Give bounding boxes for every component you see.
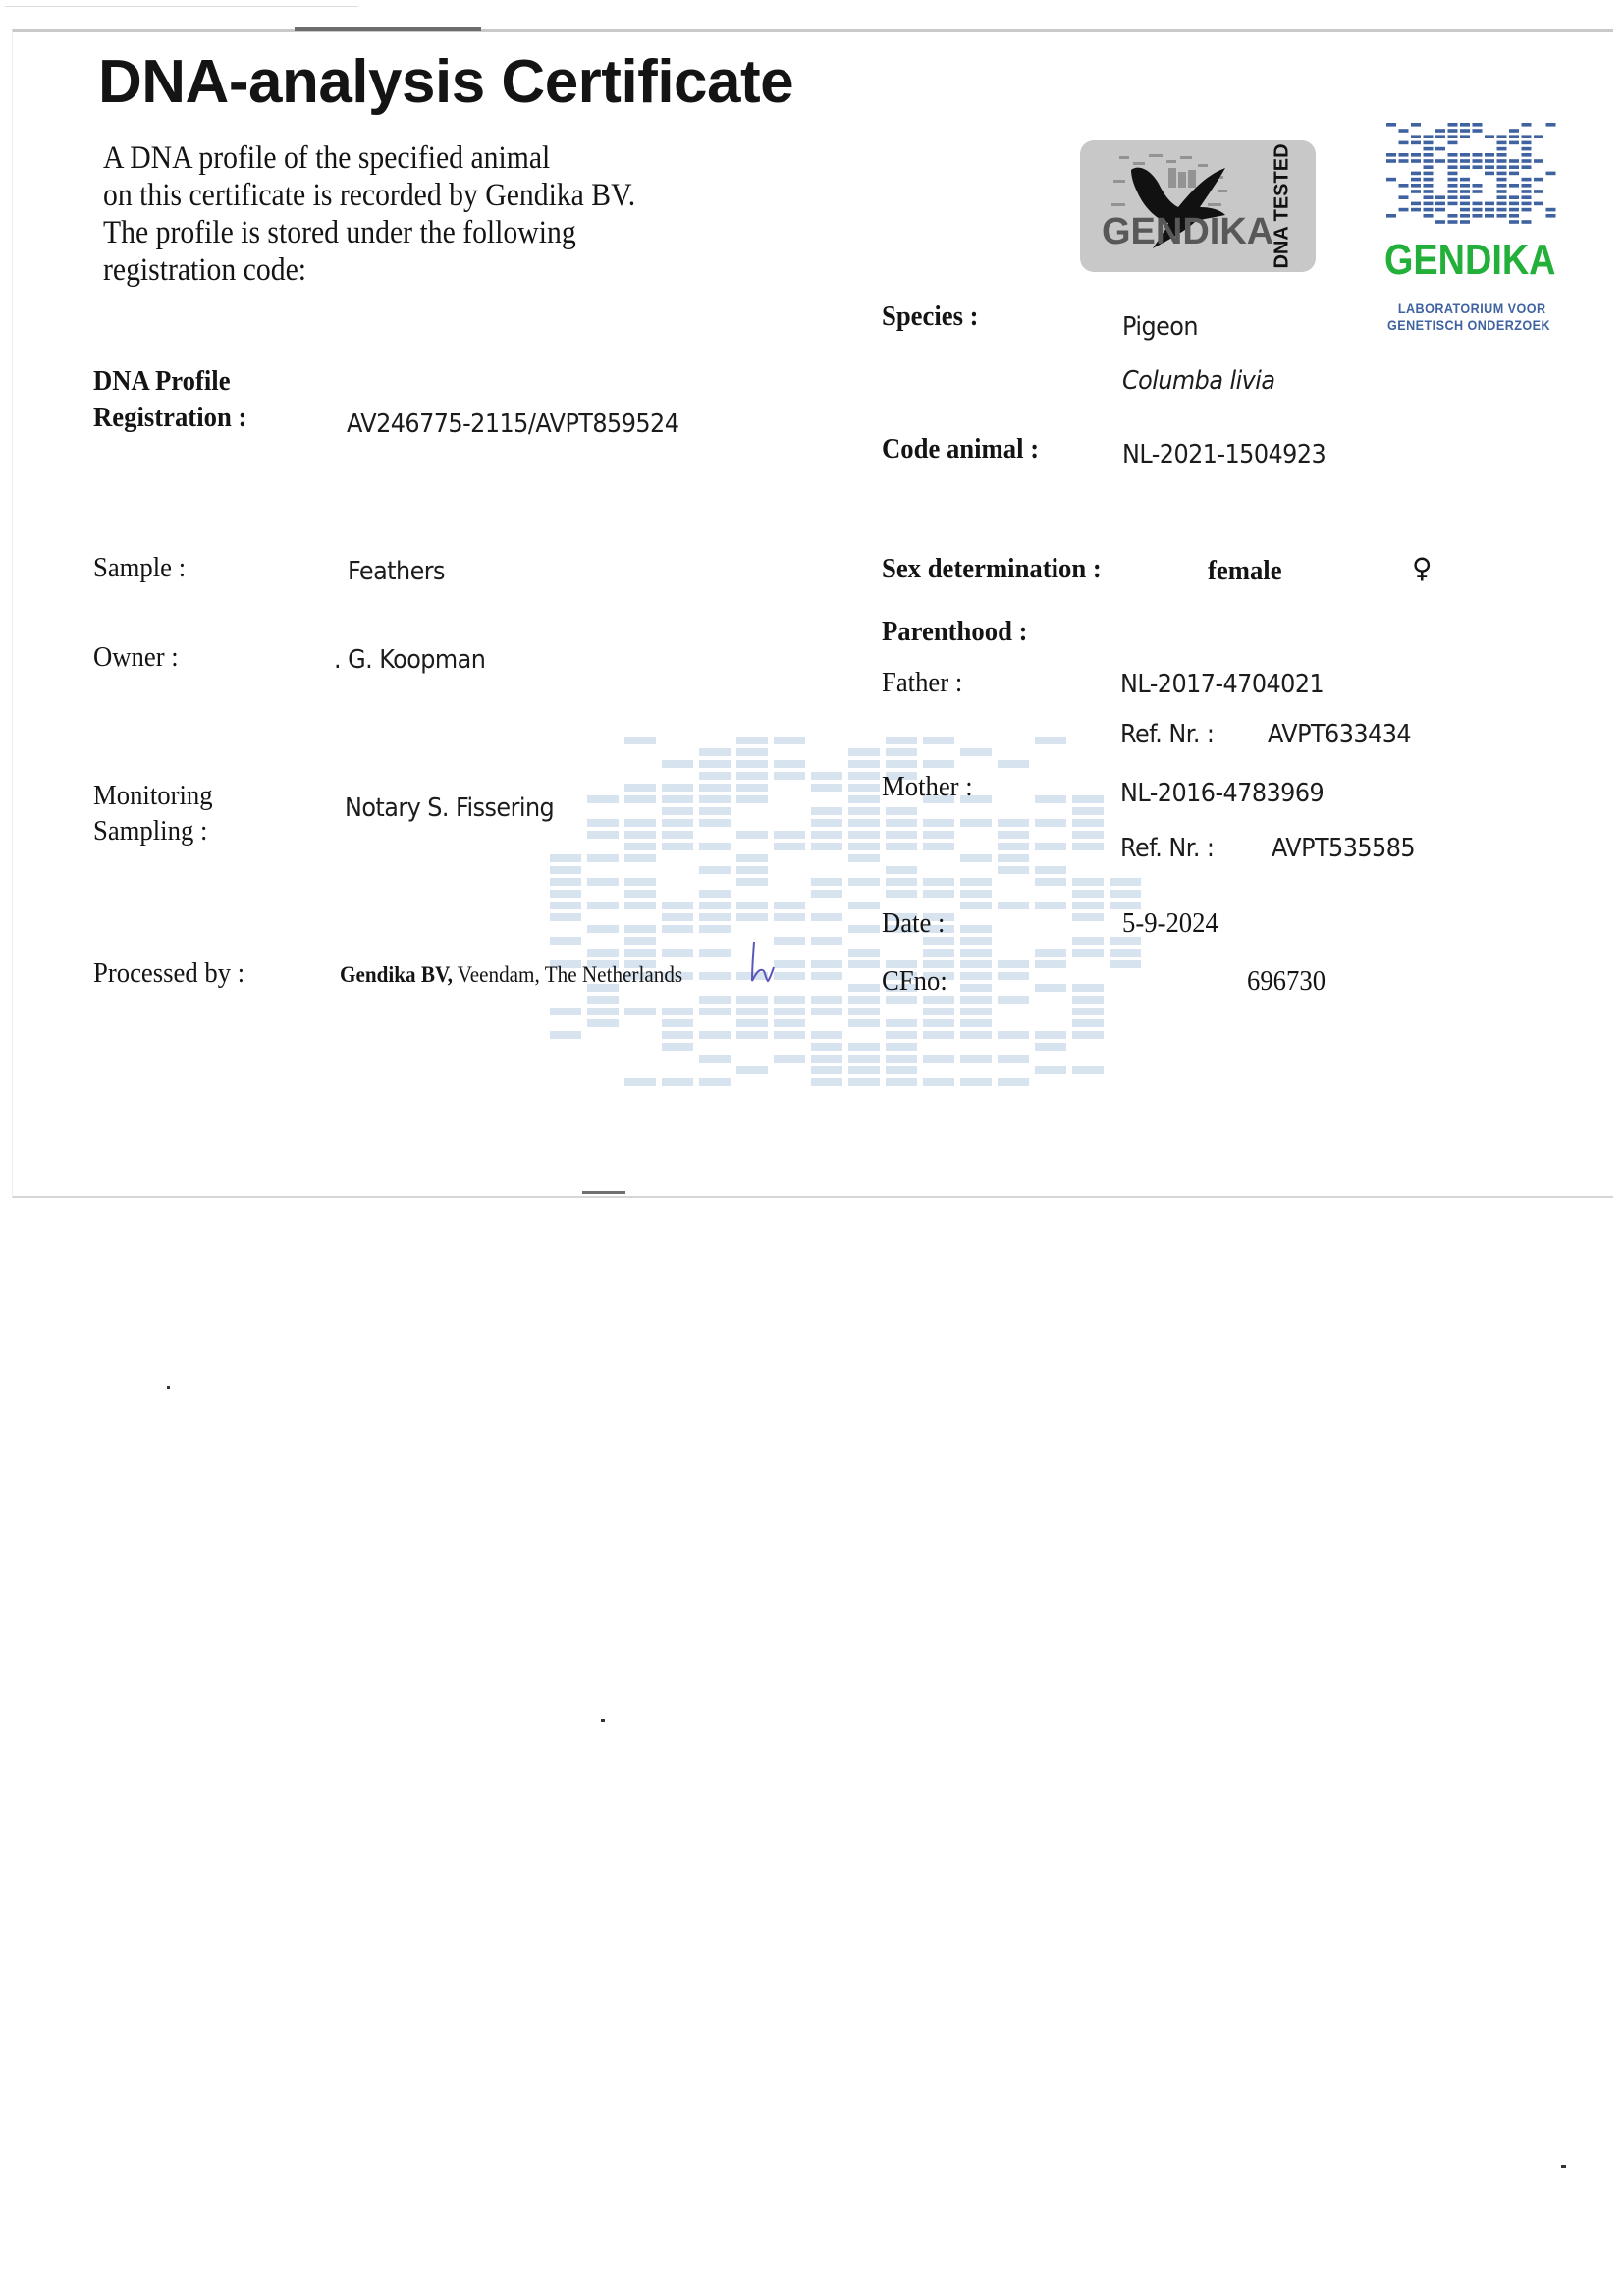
species-common-value: Pigeon [1122, 312, 1198, 342]
owner-label: Owner : [93, 641, 179, 674]
intro-line: A DNA profile of the specified animal [103, 139, 722, 177]
frame-mark-bottom [582, 1191, 625, 1194]
logo-subtitle-line: LABORATORIUM VOOR [1387, 301, 1550, 317]
father-label: Father : [882, 667, 962, 699]
sample-label: Sample : [93, 552, 186, 584]
scan-speck [601, 1719, 605, 1722]
signature-initial-icon [748, 938, 778, 987]
processed-by-location: Veendam, The Netherlands [453, 962, 682, 987]
owner-value: . G. Koopman [334, 645, 485, 675]
species-label: Species : [882, 301, 979, 333]
female-symbol-icon: ♀ [1412, 552, 1433, 584]
species-latin-value: Columba livia [1122, 366, 1274, 396]
code-animal-value: NL-2021-1504923 [1122, 440, 1326, 469]
father-value: NL-2017-4704021 [1120, 670, 1324, 699]
mother-label: Mother : [882, 771, 973, 803]
registration-value: AV246775-2115/AVPT859524 [347, 410, 678, 439]
processed-by-value: Gendika BV, Veendam, The Netherlands [340, 962, 682, 988]
dna-watermark-icon [550, 737, 1159, 1090]
sticker-badge-text: DNA TESTED [1272, 143, 1294, 268]
page-title: DNA-analysis Certificate [98, 47, 793, 117]
code-animal-label: Code animal : [882, 433, 1039, 465]
monitoring-label: Monitoring [93, 780, 213, 812]
intro-line: on this certificate is recorded by Gendi… [103, 177, 722, 214]
sticker-badge: DNA TESTED [1269, 150, 1296, 262]
sex-determination-label: Sex determination : [882, 553, 1102, 585]
mother-ref-label: Ref. Nr. : [1120, 834, 1214, 863]
frame-mark-top [295, 27, 481, 31]
logo-subtitle: LABORATORIUM VOOR GENETISCH ONDERZOEK [1387, 301, 1550, 334]
date-value: 5-9-2024 [1122, 907, 1218, 940]
parenthood-label: Parenthood : [882, 616, 1027, 648]
registration-label: DNA Profile [93, 365, 231, 398]
sex-value: female [1208, 555, 1282, 587]
logo-name: GENDIKA [1384, 236, 1555, 285]
sample-value: Feathers [348, 557, 445, 586]
mother-value: NL-2016-4783969 [1120, 779, 1324, 808]
processed-by-company: Gendika BV, [340, 962, 453, 987]
cfno-value: 696730 [1247, 965, 1326, 998]
mother-ref-value: AVPT535585 [1272, 834, 1415, 863]
dna-tested-sticker: GENDIKA DNA TESTED [1080, 140, 1316, 272]
father-ref-value: AVPT633434 [1268, 720, 1411, 749]
registration-label-2: Registration : [93, 402, 246, 434]
father-ref-label: Ref. Nr. : [1120, 720, 1214, 749]
intro-line: registration code: [103, 251, 722, 289]
intro-line: The profile is stored under the followin… [103, 214, 722, 251]
processed-by-label: Processed by : [93, 957, 244, 990]
logo-subtitle-line: GENETISCH ONDERZOEK [1387, 317, 1550, 334]
sticker-brand: GENDIKA [1102, 211, 1273, 253]
monitoring-value: Notary S. Fissering [345, 793, 554, 823]
date-label: Date : [882, 907, 945, 940]
scan-speck [167, 1386, 170, 1389]
intro-text: A DNA profile of the specified animal on… [103, 139, 790, 289]
scan-edge-line [5, 6, 358, 7]
gendika-logo-icon [1386, 123, 1563, 231]
monitoring-label-2: Sampling : [93, 815, 207, 847]
cfno-label: CFno: [882, 965, 947, 998]
scan-speck [1561, 2165, 1566, 2168]
